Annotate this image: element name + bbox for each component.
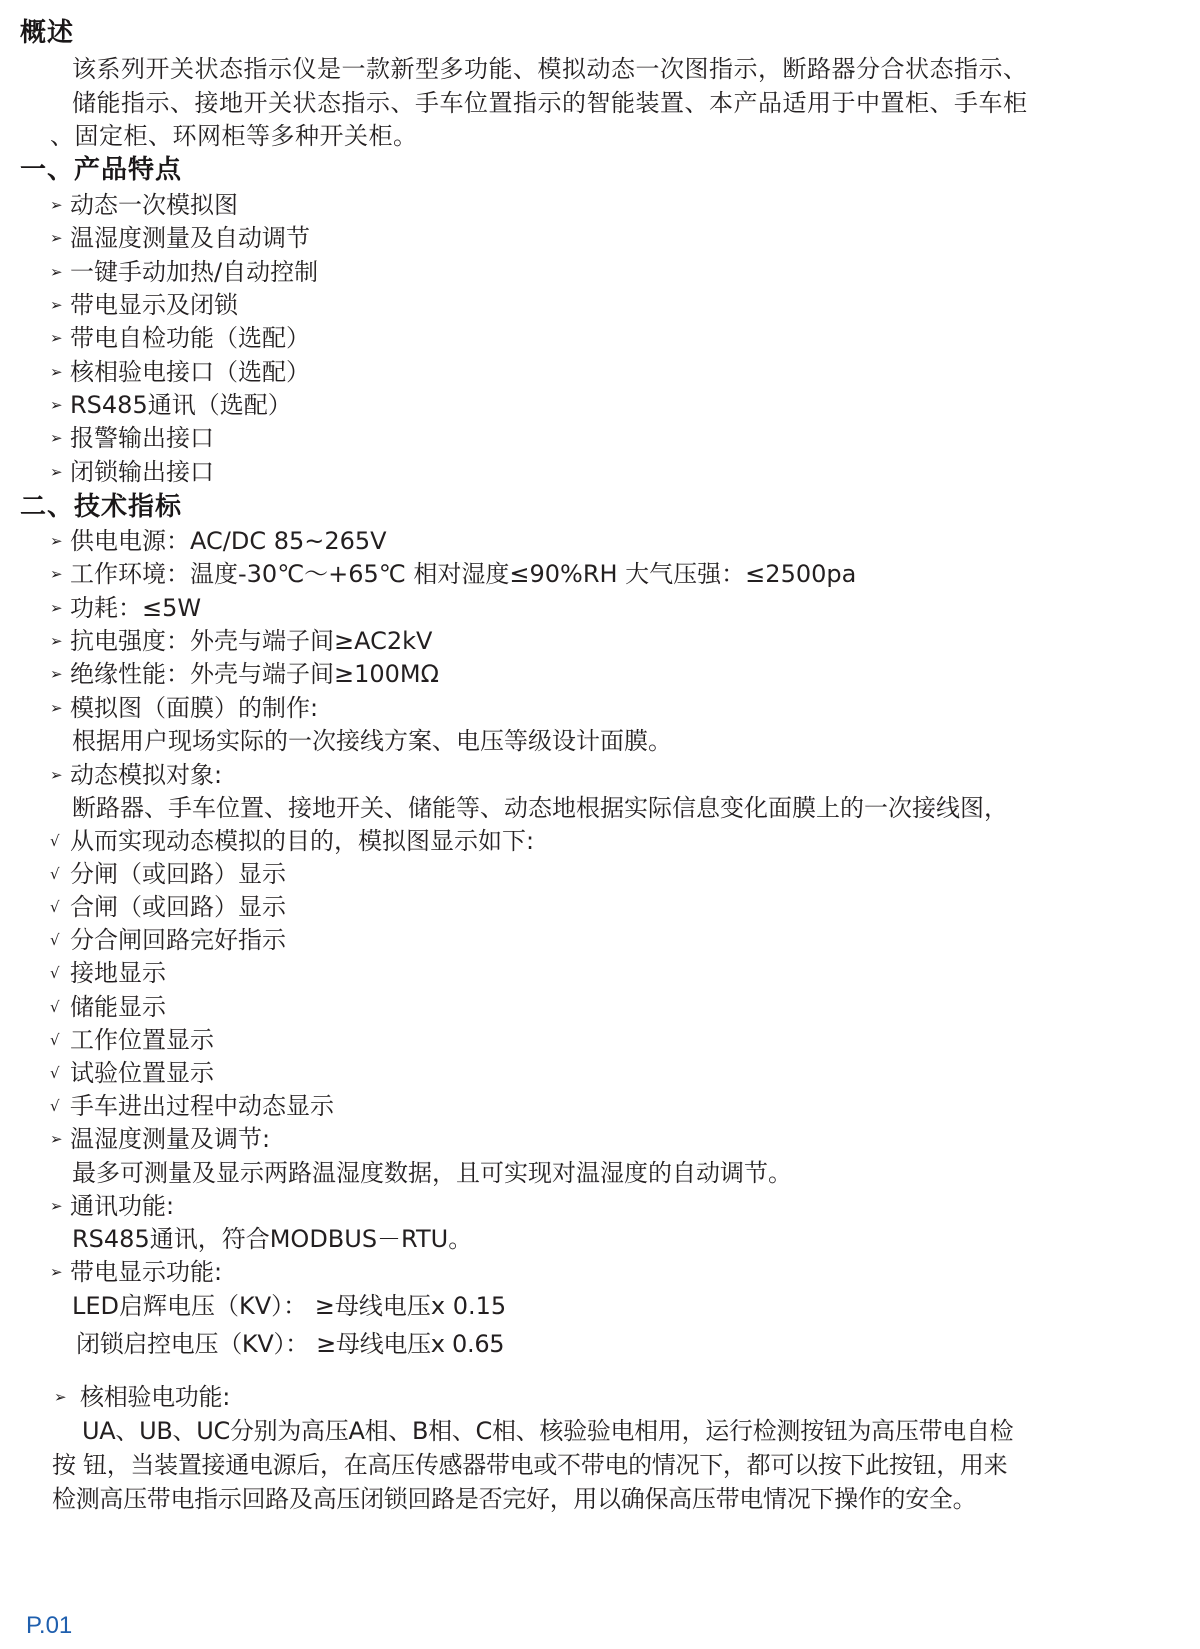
check-item: √分闸（或回路）显示 [50,857,286,891]
check-icon: √ [50,1056,70,1090]
check-icon: √ [50,956,70,990]
feature-item: ➢报警输出接口 [50,421,214,455]
document-page: 概述 该系列开关状态指示仪是一款新型多功能、模拟动态一次图指示，断路器分合状态指… [0,0,1200,1649]
check-item: √接地显示 [50,956,166,990]
arrow-bullet-icon: ➢ [50,288,70,322]
phase-description-line-1: UA、UB、UC分别为高压A相、B相、C相、核验验电相用，运行检测按钮为高压带电… [82,1414,1013,1448]
led-voltage: LED启辉电压（KV）： ≥母线电压x 0.15 [72,1289,506,1323]
arrow-bullet-icon: ➢ [50,1122,70,1156]
arrow-bullet-icon: ➢ [50,1189,70,1223]
check-icon: √ [50,857,70,891]
check-item: √从而实现动态模拟的目的，模拟图显示如下: [50,824,534,858]
check-icon: √ [50,824,70,858]
arrow-bullet-icon: ➢ [50,255,70,289]
feature-item: ➢一键手动加热/自动控制 [50,255,318,289]
arrow-bullet-icon: ➢ [50,624,70,658]
specs-title: 二、技术指标 [20,490,182,524]
phase-description-line-3: 检测高压带电指示回路及高压闭锁回路是否完好，用以确保高压带电情况下操作的安全。 [52,1482,976,1516]
lock-voltage: 闭锁启控电压（KV）： ≥母线电压x 0.65 [76,1327,504,1361]
arrow-bullet-icon: ➢ [50,1255,70,1289]
feature-item: ➢带电显示及闭锁 [50,288,238,322]
feature-item: ➢温湿度测量及自动调节 [50,221,310,255]
check-item: √手车进出过程中动态显示 [50,1089,334,1123]
spec-item-phase-check: ➢核相验电功能: [54,1380,230,1414]
spec-item-power-consumption: ➢功耗：≤5W [50,591,201,625]
spec-item-insulation: ➢绝缘性能：外壳与端子间≥100MΩ [50,657,439,691]
check-item: √工作位置显示 [50,1023,214,1057]
check-item: √合闸（或回路）显示 [50,890,286,924]
arrow-bullet-icon: ➢ [50,188,70,222]
overview-line-1: 该系列开关状态指示仪是一款新型多功能、模拟动态一次图指示，断路器分合状态指示、 [72,52,1028,86]
overview-line-3: 、固定柜、环网柜等多种开关柜。 [50,119,418,153]
overview-title: 概述 [20,16,74,50]
arrow-bullet-icon: ➢ [50,524,70,558]
temperature-description: 最多可测量及显示两路温湿度数据，且可实现对温湿度的自动调节。 [72,1156,792,1190]
check-icon: √ [50,1089,70,1123]
check-icon: √ [50,990,70,1024]
check-item: √试验位置显示 [50,1056,214,1090]
arrow-bullet-icon: ➢ [54,1380,80,1414]
spec-item-membrane: ➢模拟图（面膜）的制作: [50,691,318,725]
check-icon: √ [50,890,70,924]
dynamic-description: 断路器、手车位置、接地开关、储能等、动态地根据实际信息变化面膜上的一次接线图， [72,791,1008,825]
membrane-description: 根据用户现场实际的一次接线方案、电压等级设计面膜。 [72,724,672,758]
communication-description: RS485通讯，符合MODBUS－RTU。 [72,1222,472,1256]
spec-item-temperature-humidity: ➢温湿度测量及调节: [50,1122,270,1156]
arrow-bullet-icon: ➢ [50,455,70,489]
arrow-bullet-icon: ➢ [50,691,70,725]
feature-item: ➢核相验电接口（选配） [50,355,310,389]
feature-item: ➢RS485通讯（选配） [50,388,292,422]
arrow-bullet-icon: ➢ [50,421,70,455]
arrow-bullet-icon: ➢ [50,388,70,422]
overview-line-2: 储能指示、接地开关状态指示、手车位置指示的智能装置、本产品适用于中置柜、手车柜 [72,86,1028,120]
arrow-bullet-icon: ➢ [50,657,70,691]
spec-item-dynamic-simulation: ➢动态模拟对象: [50,758,222,792]
check-item: √分合闸回路完好指示 [50,923,286,957]
page-number: P.01 [26,1612,72,1640]
spec-item-live-display: ➢带电显示功能: [50,1255,222,1289]
arrow-bullet-icon: ➢ [50,758,70,792]
feature-item: ➢带电自检功能（选配） [50,321,310,355]
check-icon: √ [50,1023,70,1057]
arrow-bullet-icon: ➢ [50,221,70,255]
arrow-bullet-icon: ➢ [50,557,70,591]
arrow-bullet-icon: ➢ [50,321,70,355]
phase-description-line-2: 按 钮，当装置接通电源后，在高压传感器带电或不带电的情况下，都可以按下此按钮，用… [52,1448,1007,1482]
feature-item: ➢闭锁输出接口 [50,455,214,489]
spec-item-dielectric-strength: ➢抗电强度：外壳与端子间≥AC2kV [50,624,432,658]
arrow-bullet-icon: ➢ [50,355,70,389]
spec-item-power-supply: ➢供电电源：AC/DC 85~265V [50,524,387,558]
features-title: 一、产品特点 [20,153,182,187]
check-item: √储能显示 [50,990,166,1024]
check-icon: √ [50,923,70,957]
arrow-bullet-icon: ➢ [50,591,70,625]
feature-item: ➢动态一次模拟图 [50,188,238,222]
spec-item-environment: ➢工作环境：温度-30℃～+65℃ 相对湿度≤90%RH 大气压强：≤2500p… [50,557,856,591]
spec-item-communication: ➢通讯功能: [50,1189,174,1223]
